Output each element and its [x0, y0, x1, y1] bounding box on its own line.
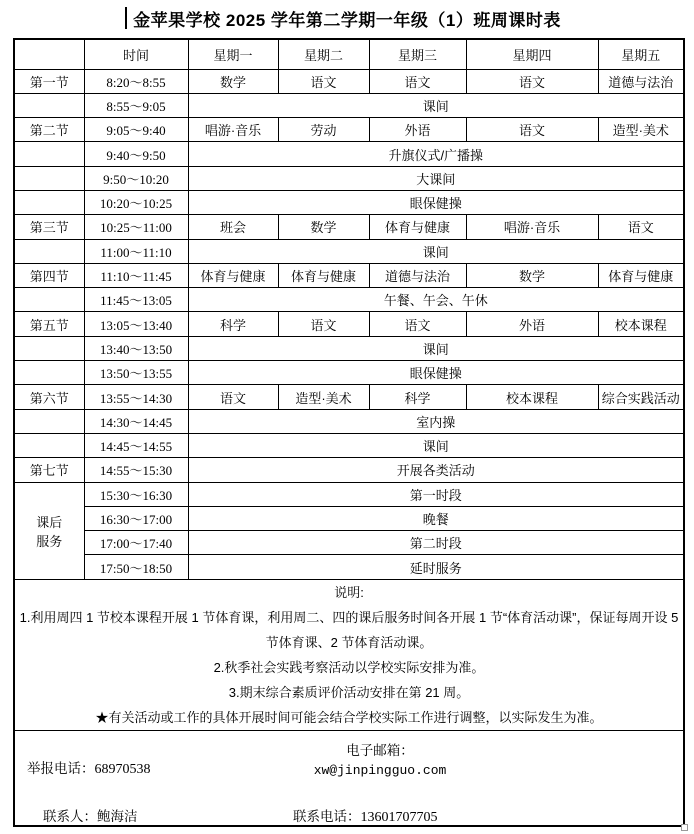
subject-cell: 科学 [188, 312, 278, 336]
activity-cell: 升旗仪式/广播操 [188, 142, 684, 166]
activity-cell: 课间 [188, 336, 684, 360]
subject-cell: 外语 [369, 118, 466, 142]
time-cell: 14:30～14:45 [84, 409, 188, 433]
subject-cell: 语文 [598, 215, 684, 239]
subject-cell: 造型·美术 [278, 385, 369, 409]
note-item: 2.秋季社会实践考察活动以学校实际安排为准。 [17, 655, 681, 680]
table-row: 第一节8:20～8:55数学语文语文语文道德与法治 [14, 69, 684, 93]
time-cell: 9:40～9:50 [84, 142, 188, 166]
subject-cell: 语文 [369, 312, 466, 336]
activity-cell: 开展各类活动 [188, 458, 684, 482]
table-row: 16:30～17:00晚餐 [14, 506, 684, 530]
report-phone-number: 68970538 [95, 762, 151, 777]
subject-cell: 班会 [188, 215, 278, 239]
time-cell: 13:55～14:30 [84, 385, 188, 409]
time-cell: 14:55～15:30 [84, 458, 188, 482]
table-row: 13:50～13:55眼保健操 [14, 361, 684, 385]
subject-cell: 语文 [466, 69, 598, 93]
subject-cell: 道德与法治 [369, 263, 466, 287]
header-blank-cell [14, 39, 84, 69]
table-row: 第三节10:25～11:00班会数学体育与健康唱游·音乐语文 [14, 215, 684, 239]
period-cell [14, 239, 84, 263]
subject-cell: 校本课程 [466, 385, 598, 409]
time-cell: 8:55～9:05 [84, 93, 188, 117]
contact-phone-label: 联系电话： [293, 809, 361, 824]
activity-cell: 延时服务 [188, 555, 684, 579]
period-cell: 第三节 [14, 215, 84, 239]
activity-cell: 课间 [188, 433, 684, 457]
subject-cell: 体育与健康 [369, 215, 466, 239]
table-row: 第四节11:10～11:45体育与健康体育与健康道德与法治数学体育与健康 [14, 263, 684, 287]
email-address: xw@jinpingguo.com [250, 761, 510, 781]
period-cell [14, 288, 84, 312]
subject-cell: 体育与健康 [188, 263, 278, 287]
table-row: 9:40～9:50升旗仪式/广播操 [14, 142, 684, 166]
time-cell: 8:20～8:55 [84, 69, 188, 93]
subject-cell: 体育与健康 [278, 263, 369, 287]
activity-cell: 第二时段 [188, 531, 684, 555]
period-cell [14, 361, 84, 385]
table-row: 14:45～14:55课间 [14, 433, 684, 457]
table-row: 第五节13:05～13:40科学语文语文外语校本课程 [14, 312, 684, 336]
subject-cell: 道德与法治 [598, 69, 684, 93]
time-cell: 13:40～13:50 [84, 336, 188, 360]
page-title: 金苹果学校 2025 学年第二学期一年级（1）班周课时表 [0, 6, 694, 31]
note-item: 3.期末综合素质评价活动安排在第 21 周。 [17, 680, 681, 705]
contact-person-label: 联系人： [43, 809, 97, 824]
subject-cell: 语文 [278, 69, 369, 93]
activity-cell: 课间 [188, 93, 684, 117]
period-cell: 第四节 [14, 263, 84, 287]
header-row: 时间 星期一 星期二 星期三 星期四 星期五 [14, 39, 684, 69]
time-cell: 13:50～13:55 [84, 361, 188, 385]
table-row: 第六节13:55～14:30语文造型·美术科学校本课程综合实践活动 [14, 385, 684, 409]
period-cell [14, 433, 84, 457]
timetable: 时间 星期一 星期二 星期三 星期四 星期五 第一节8:20～8:55数学语文语… [13, 38, 685, 827]
header-time-cell: 时间 [84, 39, 188, 69]
table-row: 11:45～13:05午餐、午会、午休 [14, 288, 684, 312]
time-cell: 10:25～11:00 [84, 215, 188, 239]
document-page: 金苹果学校 2025 学年第二学期一年级（1）班周课时表 时间 星期一 星期二 … [0, 0, 694, 834]
table-row: 10:20～10:25眼保健操 [14, 190, 684, 214]
period-cell: 第五节 [14, 312, 84, 336]
subject-cell: 科学 [369, 385, 466, 409]
time-cell: 17:50～18:50 [84, 555, 188, 579]
subject-cell: 劳动 [278, 118, 369, 142]
subject-cell: 语文 [278, 312, 369, 336]
table-row: 13:40～13:50课间 [14, 336, 684, 360]
time-cell: 9:50～10:20 [84, 166, 188, 190]
subject-cell: 外语 [466, 312, 598, 336]
time-cell: 14:45～14:55 [84, 433, 188, 457]
time-cell: 11:10～11:45 [84, 263, 188, 287]
activity-cell: 室内操 [188, 409, 684, 433]
header-day-friday: 星期五 [598, 39, 684, 69]
period-cell [14, 409, 84, 433]
time-cell: 11:45～13:05 [84, 288, 188, 312]
subject-cell: 语文 [188, 385, 278, 409]
subject-cell: 唱游·音乐 [466, 215, 598, 239]
table-row: 第二节9:05～9:40唱游·音乐劳动外语语文造型·美术 [14, 118, 684, 142]
activity-cell: 第一时段 [188, 482, 684, 506]
subject-cell: 数学 [466, 263, 598, 287]
activity-cell: 晚餐 [188, 506, 684, 530]
table-row: 17:50～18:50延时服务 [14, 555, 684, 579]
email-block: 电子邮箱： xw@jinpingguo.com [250, 741, 510, 781]
period-cell [14, 93, 84, 117]
header-day-tuesday: 星期二 [278, 39, 369, 69]
period-cell: 第七节 [14, 458, 84, 482]
period-cell: 第二节 [14, 118, 84, 142]
time-cell: 10:20～10:25 [84, 190, 188, 214]
subject-cell: 体育与健康 [598, 263, 684, 287]
contact-phone-line: 联系电话：13601707705 [293, 805, 438, 826]
time-cell: 17:00～17:40 [84, 531, 188, 555]
time-cell: 9:05～9:40 [84, 118, 188, 142]
period-cell: 课后 服务 [14, 482, 84, 579]
table-row: 8:55～9:05课间 [14, 93, 684, 117]
subject-cell: 语文 [466, 118, 598, 142]
activity-cell: 午餐、午会、午休 [188, 288, 684, 312]
table-resize-handle[interactable] [681, 824, 688, 831]
header-day-wednesday: 星期三 [369, 39, 466, 69]
time-cell: 11:00～11:10 [84, 239, 188, 263]
subject-cell: 综合实践活动 [598, 385, 684, 409]
contact-person-name: 鲍海洁 [97, 809, 138, 824]
contact-cell: 举报电话：68970538 电子邮箱： xw@jinpingguo.com 联系… [14, 730, 684, 826]
report-phone-label: 举报电话： [27, 761, 95, 776]
period-cell [14, 336, 84, 360]
table-row: 课后 服务15:30～16:30第一时段 [14, 482, 684, 506]
activity-cell: 眼保健操 [188, 190, 684, 214]
period-cell [14, 142, 84, 166]
contact-person-line: 联系人：鲍海洁 [43, 805, 138, 825]
table-row: 第七节14:55～15:30开展各类活动 [14, 458, 684, 482]
time-cell: 15:30～16:30 [84, 482, 188, 506]
subject-cell: 唱游·音乐 [188, 118, 278, 142]
time-cell: 13:05～13:40 [84, 312, 188, 336]
period-cell: 第六节 [14, 385, 84, 409]
subject-cell: 造型·美术 [598, 118, 684, 142]
note-item: 1.利用周四 1 节校本课程开展 1 节体育课，利用周二、四的课后服务时间各开展… [17, 605, 681, 655]
header-day-thursday: 星期四 [466, 39, 598, 69]
email-label: 电子邮箱： [250, 741, 510, 761]
activity-cell: 眼保健操 [188, 361, 684, 385]
period-cell: 第一节 [14, 69, 84, 93]
note-item: ★有关活动或工作的具体开展时间可能会结合学校实际工作进行调整，以实际发生为准。 [17, 705, 681, 730]
subject-cell: 校本课程 [598, 312, 684, 336]
notes-row: 说明: 1.利用周四 1 节校本课程开展 1 节体育课，利用周二、四的课后服务时… [14, 579, 684, 730]
table-row: 17:00～17:40第二时段 [14, 531, 684, 555]
time-cell: 16:30～17:00 [84, 506, 188, 530]
activity-cell: 课间 [188, 239, 684, 263]
subject-cell: 数学 [278, 215, 369, 239]
table-row: 14:30～14:45室内操 [14, 409, 684, 433]
subject-cell: 数学 [188, 69, 278, 93]
timetable-body: 第一节8:20～8:55数学语文语文语文道德与法治8:55～9:05课间第二节9… [14, 69, 684, 579]
notes-heading: 说明: [17, 580, 681, 605]
notes-cell: 说明: 1.利用周四 1 节校本课程开展 1 节体育课，利用周二、四的课后服务时… [14, 579, 684, 730]
subject-cell: 语文 [369, 69, 466, 93]
table-row: 9:50～10:20大课间 [14, 166, 684, 190]
period-cell [14, 190, 84, 214]
contact-phone-number: 13601707705 [361, 810, 438, 825]
report-phone-line: 举报电话：68970538 [27, 757, 151, 778]
header-day-monday: 星期一 [188, 39, 278, 69]
contact-row: 举报电话：68970538 电子邮箱： xw@jinpingguo.com 联系… [14, 730, 684, 826]
table-row: 11:00～11:10课间 [14, 239, 684, 263]
period-cell [14, 166, 84, 190]
activity-cell: 大课间 [188, 166, 684, 190]
